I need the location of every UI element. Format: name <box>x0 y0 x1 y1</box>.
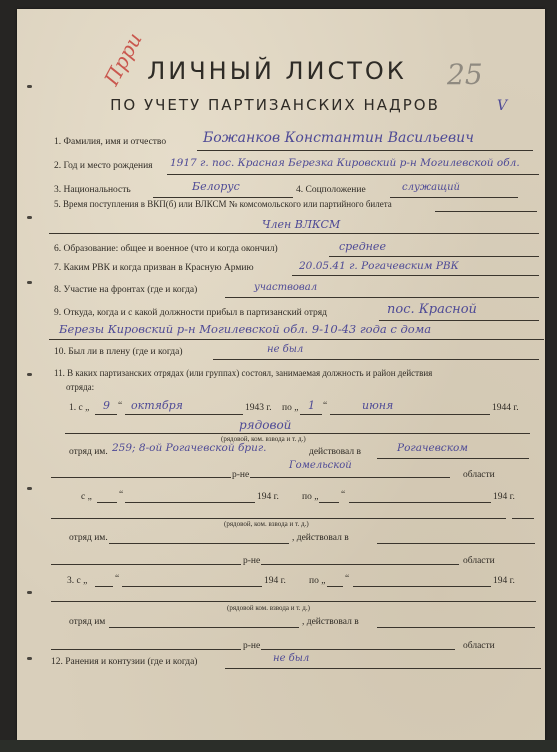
field-12-label: 12. Ранения и контузии (где и когда) <box>51 658 197 668</box>
field-6-label: 6. Образование: общее и военное (что и к… <box>54 245 278 255</box>
unit-2-to-year: 194 г. <box>493 493 515 503</box>
field-12-line <box>225 668 541 669</box>
unit-1-from-year: 1943 г. <box>245 404 272 414</box>
unit-2-region-label: области <box>463 557 495 567</box>
unit-3-district-label: р-не <box>243 642 260 652</box>
field-6-value: среднее <box>339 241 386 252</box>
unit-1-district-label: р-не <box>232 471 249 481</box>
unit-1-to-month-line <box>330 414 490 415</box>
field-9-line-b <box>49 339 544 340</box>
pencil-number: 25 <box>447 61 483 89</box>
unit-2-position-line <box>51 518 506 519</box>
scanner-bottom-edge <box>0 740 557 752</box>
unit-3-detachment-label: отряд им <box>69 618 105 628</box>
unit-1-to-day-line <box>300 414 322 415</box>
unit-2-from-year: 194 г. <box>257 493 279 503</box>
unit-3-to-prefix: по „ <box>309 577 325 587</box>
field-7-value: 20.05.41 г. Рогачевским РВК <box>299 261 459 272</box>
unit-3-number: 3. с „ <box>67 577 87 587</box>
punch-hole-5 <box>27 487 32 490</box>
field-11-label-line1: 11. В каких партизанских отрядах (или гр… <box>54 369 432 378</box>
punch-hole-6 <box>27 591 32 594</box>
punch-hole-1 <box>27 85 32 88</box>
unit-2-number: с „ <box>81 493 92 503</box>
unit-3-region-line-a <box>51 649 241 650</box>
unit-2-region-line-a <box>51 564 241 565</box>
unit-2-region-line-b <box>261 564 459 565</box>
unit-2-to-prefix: по „ <box>302 493 318 503</box>
unit-2-detachment-line <box>109 543 289 544</box>
field-11-label-line2: отряда: <box>66 383 94 392</box>
unit-1-region-line-a <box>51 477 231 478</box>
field-10-value: не был <box>267 345 303 355</box>
unit-1-quote: “ <box>118 402 122 412</box>
unit-1-from-month: октября <box>131 400 183 411</box>
unit-3-position-line <box>51 601 536 602</box>
unit-1-district-line <box>377 458 529 459</box>
field-6-line <box>329 256 539 257</box>
field-2-line <box>167 174 539 175</box>
unit-3-from-day-line <box>95 586 113 587</box>
unit-1-number: 1. с „ <box>69 404 89 414</box>
field-3-label: 3. Национальность <box>54 186 131 196</box>
unit-3-from-year: 194 г. <box>264 577 286 587</box>
unit-3-to-month-line <box>353 586 491 587</box>
field-9-label: 9. Откуда, когда и с какой должности при… <box>54 309 327 319</box>
document-subtitle: ПО УЧЕТУ ПАРТИЗАНСКИХ НАДРОВ <box>11 96 539 114</box>
field-3-value: Белорус <box>192 181 240 192</box>
unit-2-from-day-line <box>97 502 117 503</box>
unit-2-to-day-line <box>319 502 339 503</box>
unit-1-region-line-b <box>250 477 450 478</box>
field-1-value: Божанков Константин Васильевич <box>203 131 474 145</box>
unit-2-from-month-line <box>125 502 255 503</box>
unit-3-region-line-b <box>261 649 455 650</box>
punch-hole-7 <box>27 657 32 660</box>
field-9-value-line2: Березы Кировский р-н Могилевской обл. 9-… <box>59 324 431 336</box>
unit-1-region: Гомельской <box>289 461 352 471</box>
unit-2-position-hint: (рядовой, ком. взвода и т. д.) <box>224 521 309 528</box>
check-mark: V <box>497 99 507 113</box>
unit-3-position-hint: (рядовой ком. взвода и т. д.) <box>227 605 310 612</box>
field-7-line <box>292 275 539 276</box>
unit-2-operated-label: , действовал в <box>292 534 349 544</box>
unit-1-detachment-label: отряд им. <box>69 448 108 458</box>
punch-hole-4 <box>27 373 32 376</box>
unit-1-to-month: июня <box>362 400 393 411</box>
unit-1-to-year: 1944 г. <box>492 404 519 414</box>
unit-2-quote: “ <box>119 491 123 501</box>
punch-hole-2 <box>27 216 32 219</box>
field-1-line <box>197 150 533 151</box>
field-5-label: 5. Время поступления в ВКП(б) или ВЛКСМ … <box>54 200 392 209</box>
field-12-value: не был <box>273 654 309 664</box>
unit-3-region-label: области <box>463 642 495 652</box>
unit-2-detachment-label: отряд им. <box>69 534 108 544</box>
field-10-label: 10. Был ли в плену (где и когда) <box>54 348 183 358</box>
field-7-label: 7. Каким РВК и когда призван в Красную А… <box>54 264 254 274</box>
field-1-label: 1. Фамилия, имя и отчество <box>54 138 166 148</box>
field-8-label: 8. Участие на фронтах (где и когда) <box>54 286 197 296</box>
field-3-line <box>153 197 293 198</box>
field-2-label: 2. Год и место рождения <box>54 162 153 172</box>
unit-3-district-line <box>377 627 535 628</box>
field-5-line-a <box>435 211 537 212</box>
unit-1-to-day: 1 <box>308 400 315 411</box>
field-8-line <box>225 297 539 298</box>
field-4-value: служащий <box>402 183 460 193</box>
unit-3-to-year: 194 г. <box>493 577 515 587</box>
unit-2-district-label: р-не <box>243 557 260 567</box>
unit-2-to-month-line <box>349 502 491 503</box>
field-2-value: 1917 г. пос. Красная Березка Кировский р… <box>170 158 520 169</box>
unit-2-position-line-b <box>512 518 534 519</box>
field-4-line <box>390 197 518 198</box>
unit-1-from-day-line <box>95 414 117 415</box>
field-10-line <box>213 359 539 360</box>
unit-1-position-line <box>65 433 530 434</box>
punch-hole-3 <box>27 281 32 284</box>
unit-3-from-month-line <box>122 586 262 587</box>
unit-3-quote: “ <box>115 575 119 585</box>
unit-1-from-day: 9 <box>103 400 110 411</box>
unit-3-to-quote: “ <box>345 575 349 585</box>
unit-3-detachment-line <box>109 627 299 628</box>
unit-1-operated-label: действовал в <box>309 448 361 458</box>
unit-2-district-line <box>377 543 535 544</box>
field-4-label: 4. Соцположение <box>296 186 366 196</box>
unit-1-detachment: 259; 8-ой Рогачевской бриг. <box>112 443 267 454</box>
field-8-value: участвовал <box>254 283 317 293</box>
document-page: ЛИЧНЫЙ ЛИСТОК ПО УЧЕТУ ПАРТИЗАНСКИХ НАДР… <box>17 9 545 740</box>
unit-1-to-quote: “ <box>323 402 327 412</box>
unit-3-operated-label: , действовал в <box>302 618 359 628</box>
unit-3-to-day-line <box>327 586 343 587</box>
field-9-line-a <box>379 320 539 321</box>
field-5-line-b <box>49 233 539 234</box>
unit-1-from-month-line <box>125 414 243 415</box>
unit-1-position: рядовой <box>239 419 291 431</box>
unit-1-district: Рогачевском <box>397 443 468 454</box>
field-9-value-line1: пос. Красной <box>387 303 477 316</box>
unit-1-region-label: области <box>463 471 495 481</box>
unit-2-to-quote: “ <box>341 491 345 501</box>
unit-1-to-prefix: по „ <box>282 404 298 414</box>
field-5-value: Член ВЛКСМ <box>262 219 340 230</box>
